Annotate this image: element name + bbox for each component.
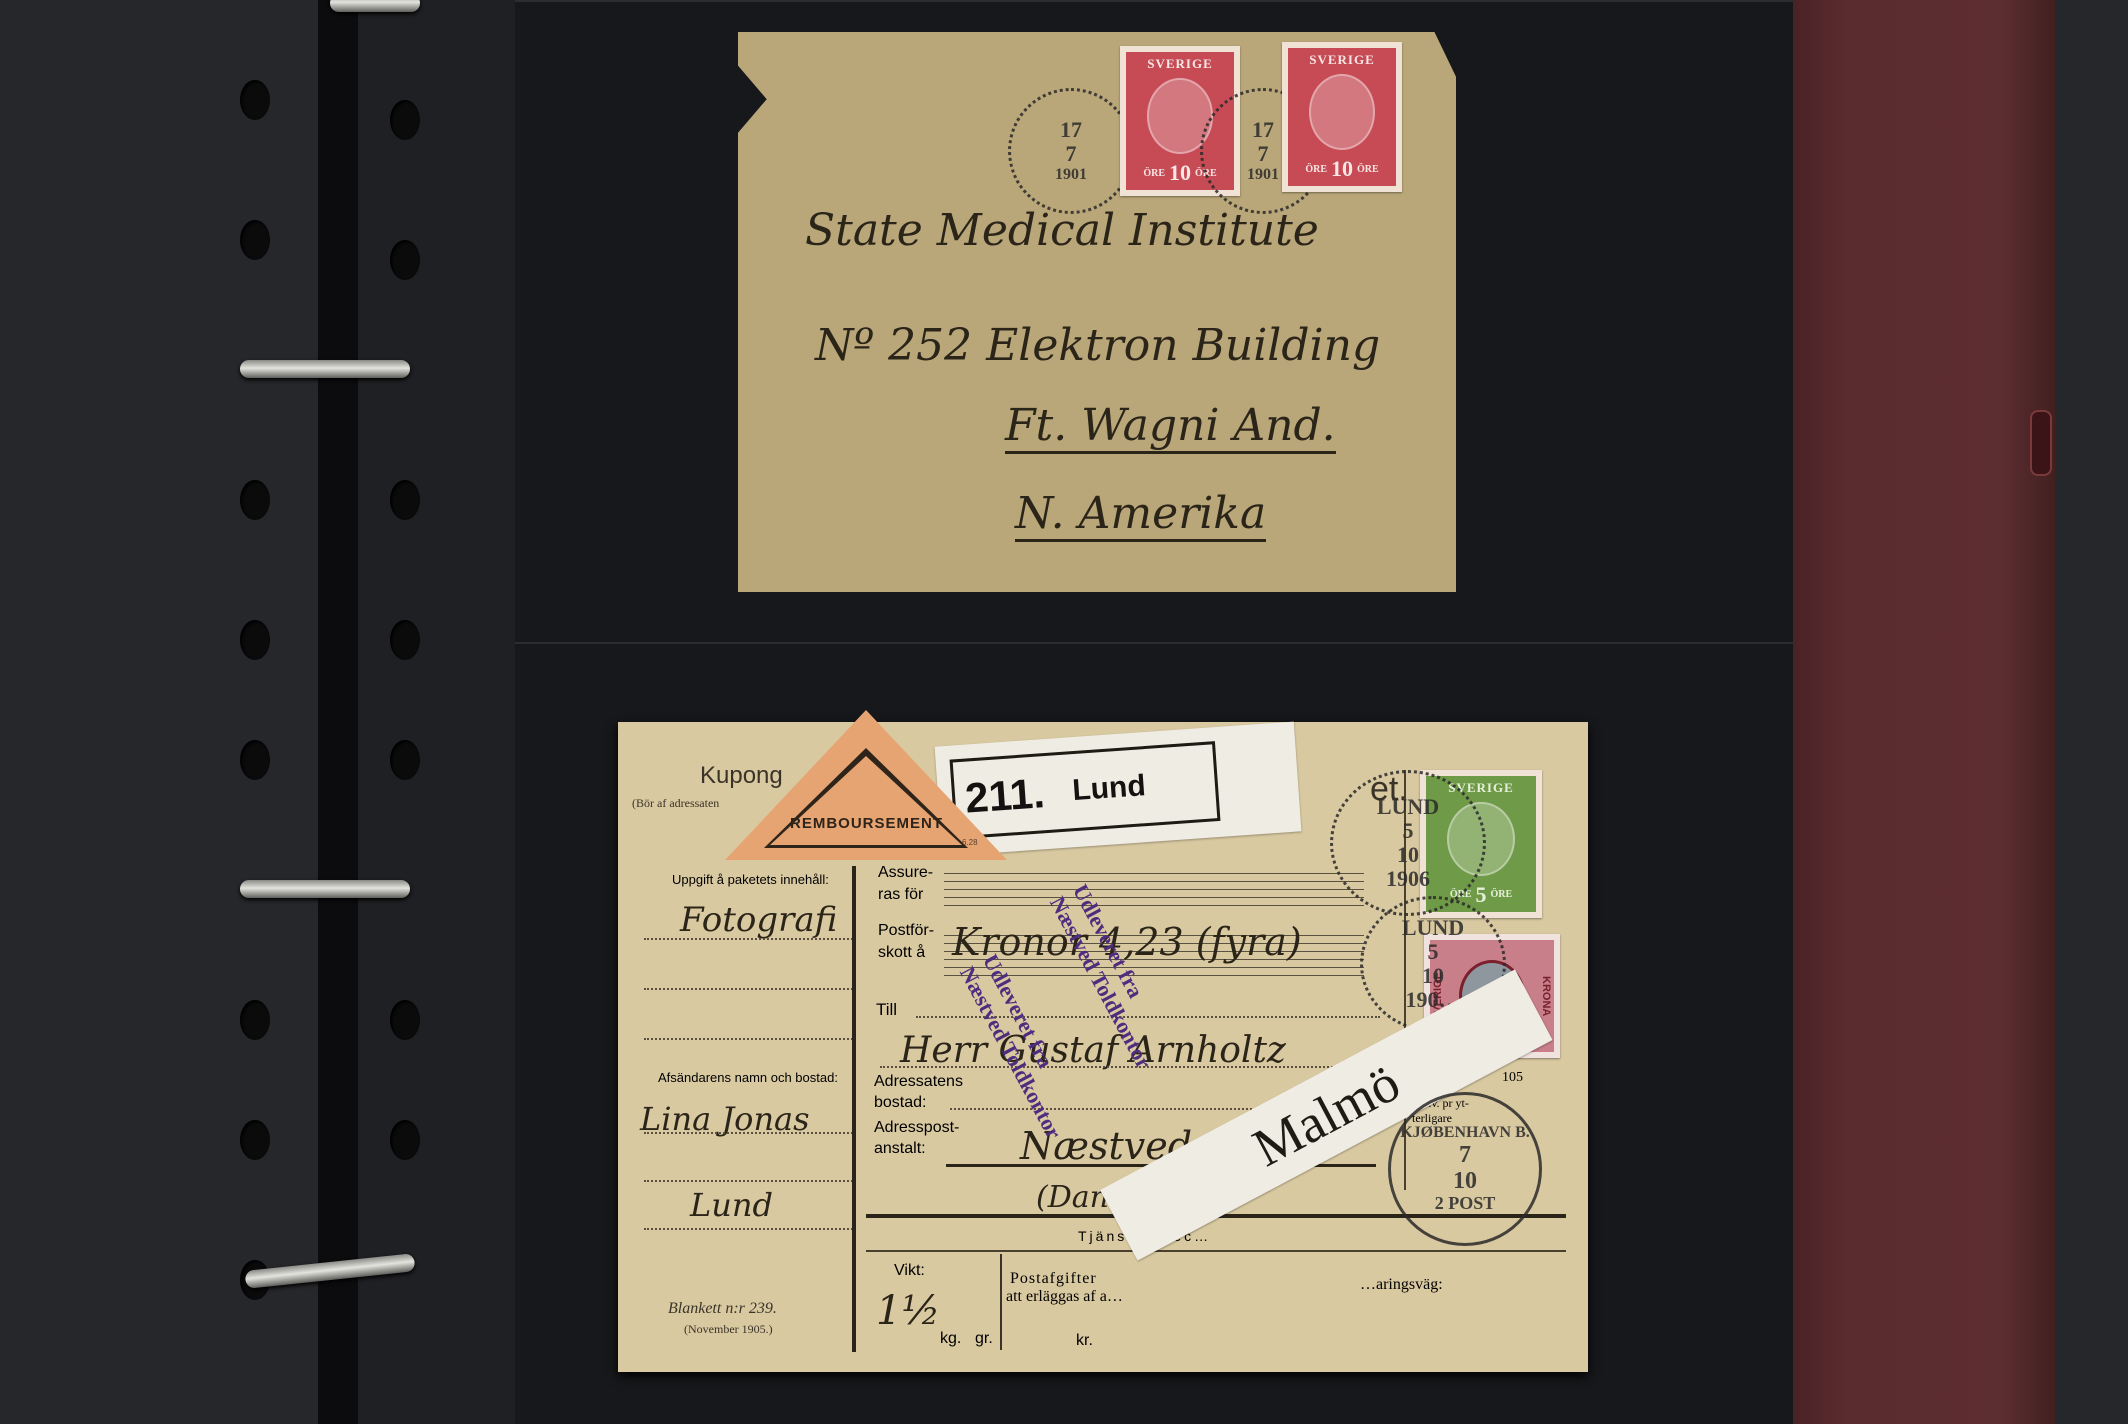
binder-hole <box>240 220 270 260</box>
postmark-extra: 2 POST <box>1435 1194 1496 1214</box>
postmark-year: 1901 <box>1055 166 1087 184</box>
weight-value: 1½ <box>876 1288 940 1334</box>
binder-ring <box>240 880 410 898</box>
postmark-place: LUND <box>1402 916 1464 940</box>
registration-place: Lund <box>1071 769 1147 808</box>
album-gutter <box>318 0 358 1424</box>
dotted-line <box>644 988 856 990</box>
stamp-10-ore-2: SVERIGE ÖRE10ÖRE <box>1282 42 1402 192</box>
contents-value: Fotografi <box>680 900 837 940</box>
binder-hole <box>240 1000 270 1040</box>
weight-unit-kg: kg. <box>940 1330 961 1348</box>
form-number: Blankett n:r 239. <box>668 1300 777 1318</box>
contents-label: Uppgift å paketets innehåll: <box>672 872 829 887</box>
postmark-month: 7 <box>1066 142 1077 166</box>
column-divider <box>1000 1254 1002 1350</box>
address-line-2: Nº 252 Elektron Building <box>815 320 1380 371</box>
kobenhavn-postmark: KJØBENHAVN B. 7 10 2 POST <box>1388 1092 1542 1246</box>
dotted-line <box>644 1132 856 1134</box>
card-subtitle: (Bör af adressaten <box>632 796 719 811</box>
spine-clasp <box>2030 410 2052 476</box>
stamp-unit: ÖRE <box>1143 168 1165 179</box>
album-cover-edge <box>2055 0 2128 1424</box>
rate-price: 105 <box>1502 1070 1523 1086</box>
address-line-3: Ft. Wagni And. <box>1005 400 1336 454</box>
binder-hole <box>240 740 270 780</box>
binder-hole <box>240 80 270 120</box>
dotted-line <box>644 1038 856 1040</box>
envelope-postmark: 17 7 1901 <box>1008 88 1134 214</box>
portrait-icon <box>1309 74 1375 150</box>
postmark-place: LUND <box>1377 795 1439 819</box>
postmark-month: 10 <box>1422 964 1444 988</box>
binder-hole <box>240 480 270 520</box>
stamp-value: 10 <box>1331 156 1353 182</box>
remboursement-code: 6.28 <box>962 838 978 847</box>
binder-hole <box>390 1000 420 1040</box>
postmark-day: 17 <box>1060 118 1082 142</box>
insured-lines <box>944 866 1364 906</box>
lund-postmark-1: LUND 5 10 1906 <box>1330 770 1486 916</box>
postmark-day: 17 <box>1252 118 1274 142</box>
dotted-line <box>644 1228 856 1230</box>
stamp-value: 5 <box>1476 882 1487 908</box>
binder-hole <box>390 100 420 140</box>
dotted-line <box>644 938 856 940</box>
insured-label: Assure- ras för <box>878 862 933 907</box>
dotted-line <box>644 1180 856 1182</box>
form-date: (November 1905.) <box>684 1322 773 1337</box>
postmark-year: 1901 <box>1247 166 1279 184</box>
album-spine <box>1793 0 2055 1424</box>
postmark-place: KJØBENHAVN B. <box>1400 1124 1530 1142</box>
binder-hole <box>390 1120 420 1160</box>
binder-hole <box>390 240 420 280</box>
binder-hole <box>390 620 420 660</box>
binder-hole <box>240 1120 270 1160</box>
address-line-4: N. Amerika <box>1015 488 1266 542</box>
postage-sub: att erläggas af a… <box>1006 1288 1123 1306</box>
column-divider <box>852 866 856 1352</box>
postage-label: Postafgifter <box>1010 1270 1097 1288</box>
binder-hole <box>240 620 270 660</box>
postmark-day: 5 <box>1428 940 1439 964</box>
to-value: Herr Gustaf Arnholtz <box>900 1030 1286 1071</box>
sender-label: Afsändarens namn och bostad: <box>658 1070 838 1085</box>
address-line-1: State Medical Institute <box>805 205 1319 256</box>
stamp-unit: ÖRE <box>1305 164 1327 175</box>
stamp-country: SVERIGE <box>1309 52 1375 68</box>
postmark-month: 10 <box>1397 843 1419 867</box>
binder-ring <box>330 0 420 12</box>
registration-number: 211. <box>964 769 1047 822</box>
remboursement-text: REMBOURSEMENT <box>790 815 943 832</box>
stamp-country: SVERIGE <box>1147 56 1213 72</box>
stamp-unit: KRONA <box>1540 976 1552 1016</box>
route-label: …aringsväg: <box>1360 1276 1443 1294</box>
weight-label: Vikt: <box>894 1262 925 1280</box>
postmark-year: 1906 <box>1386 867 1430 891</box>
postmark-day: 5 <box>1403 819 1414 843</box>
cod-label: Postför- skott å <box>878 920 934 965</box>
card-title: Kupong <box>700 762 783 790</box>
stamp-unit: ÖRE <box>1491 889 1513 900</box>
office-label: Adresspost- anstalt: <box>874 1118 959 1160</box>
binder-ring <box>240 360 410 378</box>
sender-value-line-2: Lund <box>690 1186 773 1224</box>
stamp-unit: ÖRE <box>1357 164 1379 175</box>
postage-unit-kr: kr. <box>1076 1332 1093 1350</box>
album-left-leaf <box>0 0 318 1424</box>
rule <box>866 1250 1566 1252</box>
to-label: Till <box>876 1000 897 1020</box>
postmark-month: 7 <box>1258 142 1269 166</box>
stamp-value: 10 <box>1169 160 1191 186</box>
weight-unit-gr: gr. <box>975 1330 993 1348</box>
binder-hole <box>390 740 420 780</box>
postmark-day: 7 <box>1459 1142 1471 1168</box>
postmark-month: 10 <box>1453 1168 1477 1194</box>
binder-hole <box>390 480 420 520</box>
